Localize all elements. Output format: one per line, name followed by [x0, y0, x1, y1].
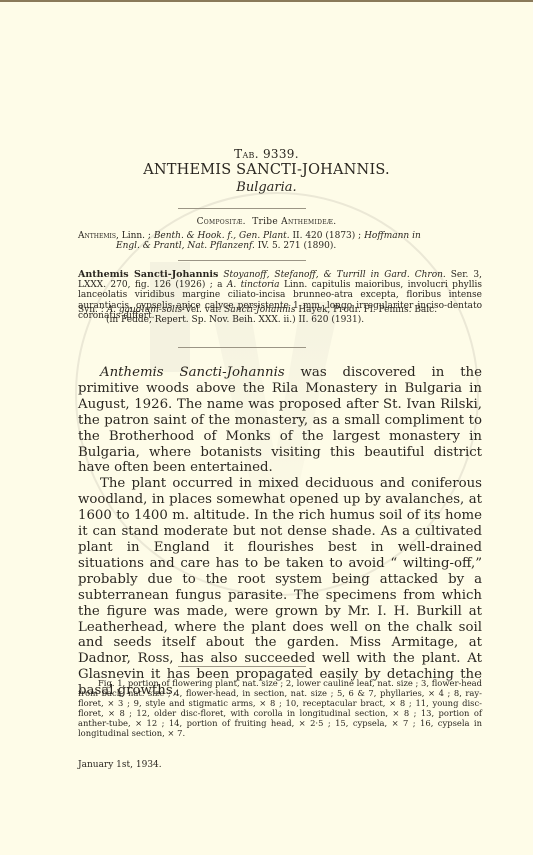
reference-title: Engl. & Prantl, Nat. Pflanzenf. [116, 241, 255, 251]
divider-rule [178, 208, 306, 209]
compared-species: A. tinctoria [227, 280, 280, 290]
synonym-text: Hayek, Prodr. Fl. Penins. Balc. [298, 305, 437, 315]
family-name: Compositæ. [197, 217, 246, 227]
tribe-name: Anthemideæ. [281, 217, 336, 227]
genus-name: Anthemis, [78, 231, 119, 241]
species-title: ANTHEMIS SANCTI-JOHANNIS. [0, 162, 533, 178]
plate-number: Tab. 9339. [0, 147, 533, 161]
publication-date: January 1st, 1934. [78, 760, 162, 770]
document-page: Tab. 9339. ANTHEMIS SANCTI-JOHANNIS. Bul… [0, 0, 533, 855]
species-authors: Stoyanoff, Stefanoff, & Turrill in Gard.… [223, 270, 445, 280]
caption-text: Fig. 1, portion of flowering plant, nat.… [78, 679, 482, 738]
divider-rule [178, 260, 306, 261]
tribe-label: Tribe [252, 217, 278, 227]
divider-rule [178, 347, 306, 348]
species-name: Anthemis Sancti-Johannis [78, 269, 218, 280]
reference-title: Benth. & Hook. f., Gen. Plant. [154, 231, 290, 241]
figure-caption: Fig. 1, portion of flowering plant, nat.… [78, 679, 482, 738]
tab-number: 9339. [263, 147, 299, 161]
body-text: Anthemis Sancti-Johannis was discovered … [78, 365, 482, 699]
synonym-name: A. gaudium-solis [107, 305, 183, 315]
citation-continuation: Engl. & Prantl, Nat. Pflanzenf. IV. 5. 2… [78, 241, 482, 251]
reference-location: II. 420 (1873) ; [293, 231, 362, 241]
synonym-text: Vel. var. [185, 305, 221, 315]
genus-author: Linn. ; [122, 231, 151, 241]
divider-rule [178, 666, 306, 667]
genus-citation: Anthemis, Linn. ; Benth. & Hook. f., Gen… [78, 231, 482, 251]
synonym-label: Syn. : [78, 305, 104, 315]
species-name-italic: Anthemis Sancti-Johannis [100, 365, 285, 380]
country-subtitle: Bulgaria. [0, 180, 533, 195]
synonym-variety: Sancti-Johannis [224, 305, 295, 315]
synonym-continuation: (in Fedde, Repert. Sp. Nov. Beih. XXX. i… [78, 315, 482, 325]
family-tribe-line: Compositæ. Tribe Anthemideæ. [0, 217, 533, 227]
synonymy: Syn. : A. gaudium-solis Vel. var. Sancti… [78, 305, 482, 325]
paragraph-text: was discovered in the primitive woods ab… [78, 365, 482, 475]
reference-title: Hoffmann in [364, 231, 421, 241]
reference-location: IV. 5. 271 (1890). [258, 241, 336, 251]
paragraph-1: Anthemis Sancti-Johannis was discovered … [78, 365, 482, 476]
tab-prefix: Tab. [234, 147, 259, 161]
